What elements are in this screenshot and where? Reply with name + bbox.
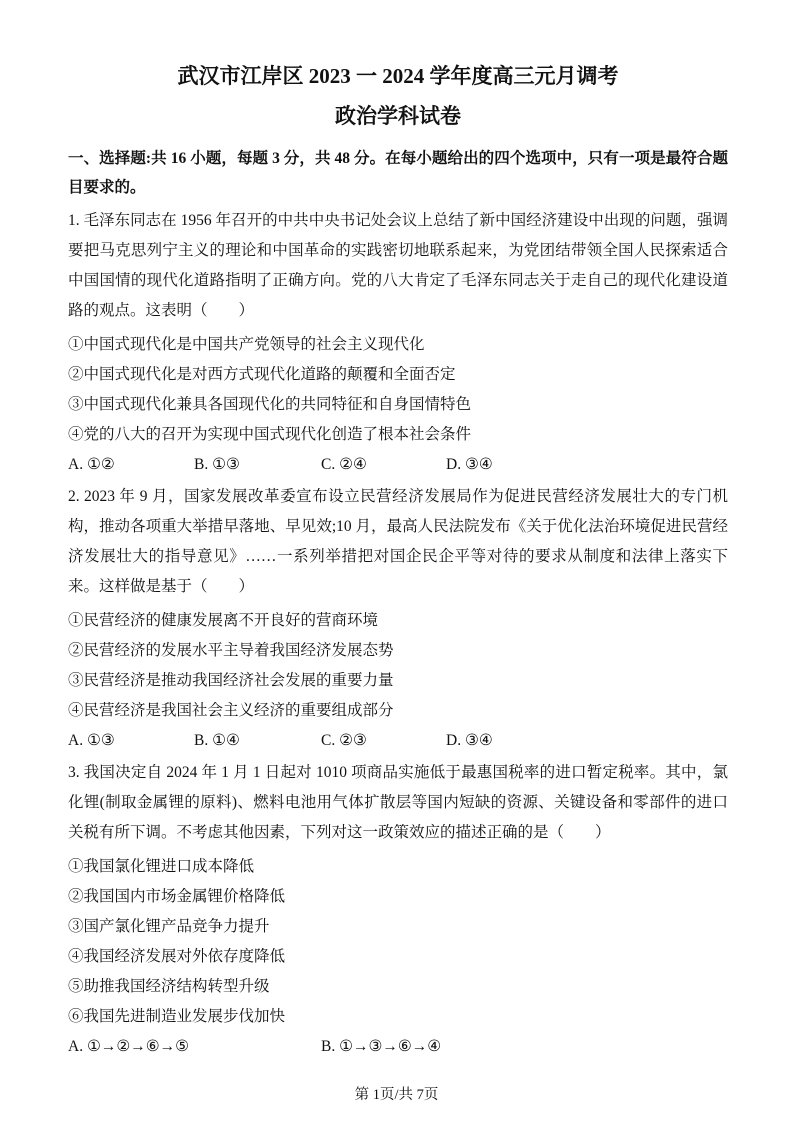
choice-c: C. ②③ (321, 726, 446, 756)
question-2-statements: ①民营经济的健康发展离不开良好的营商环境 ②民营经济的发展水平主导着我国经济发展… (68, 606, 728, 726)
statement: ①我国氯化锂进口成本降低 (68, 852, 728, 882)
choice-c: C. ②④ (321, 450, 446, 480)
page-footer: 第 1页/共 7页 (0, 1083, 793, 1107)
question-2: 2. 2023 年 9 月，国家发展改革委宣布设立民营经济发展局作为促进民营经济… (68, 482, 728, 756)
statement: ④我国经济发展对外依存度降低 (68, 942, 728, 972)
question-3: 3. 我国决定自 2024 年 1 月 1 日起对 1010 项商品实施低于最惠… (68, 758, 728, 1062)
choice-a: A. ①→②→⑥→⑤ (68, 1032, 321, 1062)
question-3-choices: A. ①→②→⑥→⑤ B. ①→③→⑥→④ (68, 1032, 728, 1062)
question-1: 1. 毛泽东同志在 1956 年召开的中共中央书记处会议上总结了新中国经济建设中… (68, 206, 728, 480)
question-3-stem: 3. 我国决定自 2024 年 1 月 1 日起对 1010 项商品实施低于最惠… (68, 758, 728, 848)
statement: ③中国式现代化兼具各国现代化的共同特征和自身国情特色 (68, 390, 728, 420)
statement: ⑤助推我国经济结构转型升级 (68, 972, 728, 1002)
statement: ④党的八大的召开为实现中国式现代化创造了根本社会条件 (68, 420, 728, 450)
choice-b: B. ①③ (194, 450, 321, 480)
choice-b: B. ①→③→⑥→④ (321, 1032, 728, 1062)
choice-b: B. ①④ (194, 726, 321, 756)
question-1-stem: 1. 毛泽东同志在 1956 年召开的中共中央书记处会议上总结了新中国经济建设中… (68, 206, 728, 326)
statement: ⑥我国先进制造业发展步伐加快 (68, 1002, 728, 1032)
statement: ③国产氯化锂产品竞争力提升 (68, 912, 728, 942)
statement: ②民营经济的发展水平主导着我国经济发展态势 (68, 636, 728, 666)
exam-title: 武汉市江岸区 2023 一 2024 学年度高三元月调考 (68, 60, 728, 92)
section-heading: 一、选择题:共 16 小题，每题 3 分，共 48 分。在每小题给出的四个选项中… (68, 144, 728, 202)
choice-d: D. ③④ (446, 450, 728, 480)
statement: ②我国国内市场金属锂价格降低 (68, 882, 728, 912)
statement: ④民营经济是我国社会主义经济的重要组成部分 (68, 696, 728, 726)
exam-subtitle: 政治学科试卷 (68, 100, 728, 132)
statement: ①民营经济的健康发展离不开良好的营商环境 (68, 606, 728, 636)
choice-a: A. ①③ (68, 726, 194, 756)
choice-d: D. ③④ (446, 726, 728, 756)
question-1-statements: ①中国式现代化是中国共产党领导的社会主义现代化 ②中国式现代化是对西方式现代化道… (68, 330, 728, 450)
question-1-choices: A. ①② B. ①③ C. ②④ D. ③④ (68, 450, 728, 480)
question-2-stem: 2. 2023 年 9 月，国家发展改革委宣布设立民营经济发展局作为促进民营经济… (68, 482, 728, 602)
question-3-statements: ①我国氯化锂进口成本降低 ②我国国内市场金属锂价格降低 ③国产氯化锂产品竞争力提… (68, 852, 728, 1032)
question-2-choices: A. ①③ B. ①④ C. ②③ D. ③④ (68, 726, 728, 756)
choice-a: A. ①② (68, 450, 194, 480)
statement: ②中国式现代化是对西方式现代化道路的颠覆和全面否定 (68, 360, 728, 390)
statement: ①中国式现代化是中国共产党领导的社会主义现代化 (68, 330, 728, 360)
statement: ③民营经济是推动我国经济社会发展的重要力量 (68, 666, 728, 696)
exam-page-content: 武汉市江岸区 2023 一 2024 学年度高三元月调考 政治学科试卷 一、选择… (68, 60, 728, 1062)
